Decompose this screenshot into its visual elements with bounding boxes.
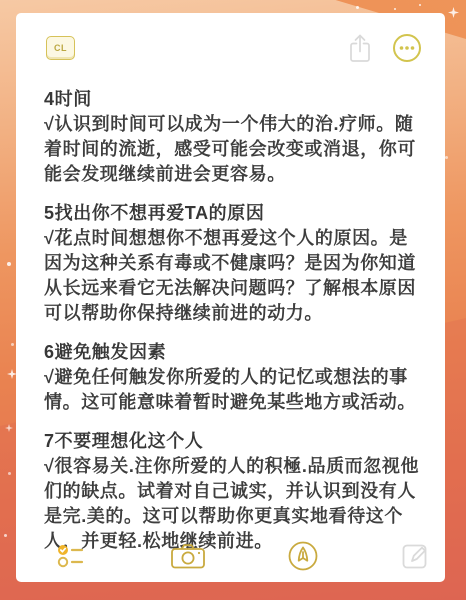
card-top-bar: CL [16,13,445,61]
sparkle-dot [8,472,11,475]
section-body: √避免任何触发你所爱的人的记忆或想法的事情。这可能意味着暂时避免某些地方或活动。 [44,365,423,415]
checklist-icon[interactable] [56,541,88,571]
advice-section: 6避免触发因素 √避免任何触发你所爱的人的记忆或想法的事情。这可能意味着暂时避免… [44,340,423,415]
advice-section: 4时间 √认识到时间可以成为一个伟大的治.疗师。随着时间的流逝，感受可能会改变或… [44,87,423,187]
pen-nib-icon[interactable] [287,540,319,572]
advice-section: 5找出你不想再爱TA的原因 √花点时间想想你不想再爱这个人的原因。是因为这种关系… [44,201,423,326]
section-body: √认识到时间可以成为一个伟大的治.疗师。随着时间的流逝，感受可能会改变或消退，你… [44,112,423,187]
more-ellipsis-icon[interactable] [392,33,422,63]
cl-badge-icon[interactable]: CL [46,36,75,60]
note-card: CL [16,13,445,582]
section-heading: 5找出你不想再爱TA的原因 [44,201,423,226]
post-background: CL [0,0,466,600]
advice-section: 7不要理想化这个人 √很容易关.注你所爱的人的积極.品质而忽视他们的缺点。试着对… [44,429,423,554]
sparkle-dot [7,262,11,266]
section-body: √花点时间想想你不想再爱这个人的原因。是因为这种关系有毒或不健康吗？是因为你知道… [44,226,423,326]
sparkle-dot [394,8,396,10]
section-heading: 7不要理想化这个人 [44,429,423,454]
share-icon[interactable] [348,33,372,63]
compose-icon[interactable] [401,542,429,570]
note-content: 4时间 √认识到时间可以成为一个伟大的治.疗师。随着时间的流逝，感受可能会改变或… [16,61,445,582]
sparkle-dot [4,534,7,537]
section-heading: 4时间 [44,87,423,112]
bottom-toolbar [16,538,445,574]
sparkle-dot [11,343,14,346]
camera-icon[interactable] [170,542,206,570]
section-heading: 6避免触发因素 [44,340,423,365]
sparkle-dot [445,156,448,159]
sparkle-dot [356,6,359,9]
sparkle-dot [419,4,421,6]
